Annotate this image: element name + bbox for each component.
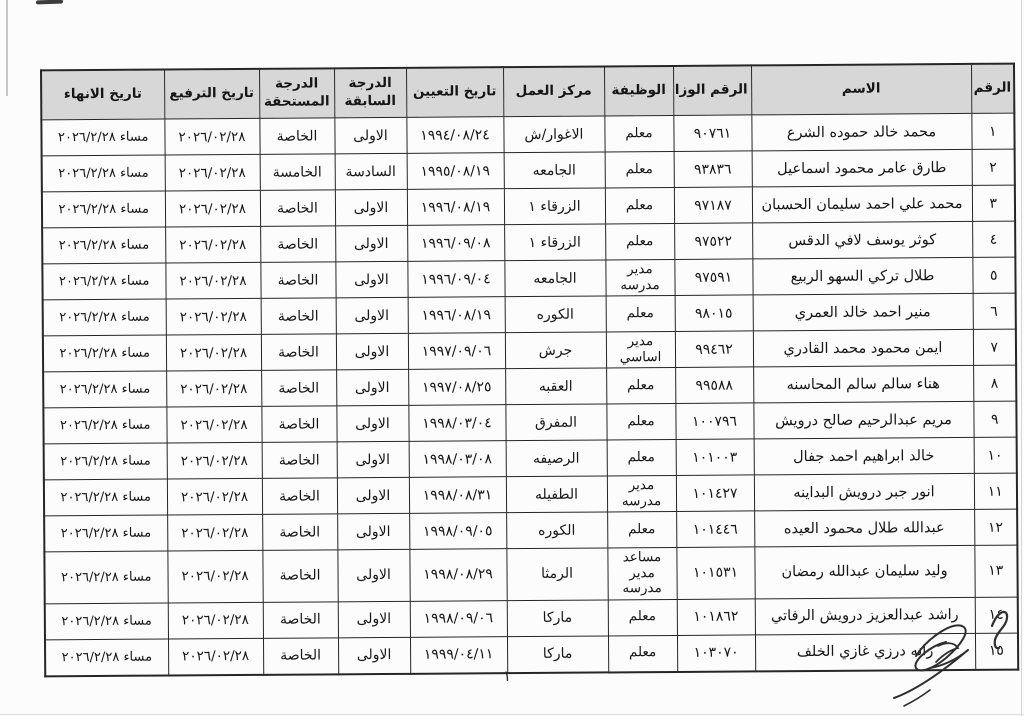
cell-end-date: مساء ٢٠٢٦/٢/٢٨ (43, 371, 166, 408)
col-header-previous-grade: الدرجة السابقة (334, 68, 406, 118)
cell-ministry-number: ٩٧٥٢٢ (674, 223, 752, 260)
cell-row-number: ١٠ (974, 437, 1017, 473)
cell-ministry-number: ١٠٠٧٩٦ (675, 403, 753, 440)
cell-promotion-date: ٢٠٢٦/٠٢/٢٨ (165, 262, 260, 299)
cell-name: مريم عبدالرحيم صالح درويش (753, 401, 973, 439)
col-header-entitled-grade: الدرجة المستحقة (259, 68, 334, 118)
cell-job: مدير مدرسه (605, 259, 674, 296)
cell-promotion-date: ٢٠٢٦/٠٢/٢٨ (167, 478, 262, 515)
cell-entitled-grade: الخاصة (259, 118, 334, 155)
cell-row-number: ١٣ (974, 545, 1017, 597)
cell-entitled-grade: الخاصة (261, 298, 336, 335)
cell-previous-grade: الاولى (338, 601, 410, 638)
cell-ministry-number: ٩٠٧٦١ (673, 115, 751, 152)
cell-row-number: ٧ (973, 329, 1016, 365)
cell-row-number: ٩ (973, 401, 1016, 437)
cell-entitled-grade: الخاصة (260, 262, 335, 299)
cell-end-date: مساء ٢٠٢٦/٢/٢٨ (42, 227, 165, 264)
cell-previous-grade: الاولى (338, 637, 410, 674)
cell-appointment-date: ١٩٩٨/٠٩/٠٥ (409, 513, 506, 550)
cell-ministry-number: ١٠١٤٤٦ (676, 511, 754, 548)
cell-appointment-date: ١٩٩٦/٠٨/١٩ (408, 297, 505, 334)
cell-previous-grade: الاولى (334, 117, 406, 154)
cell-name: عبدالله طلال محمود العيده (754, 509, 974, 547)
cell-previous-grade: الاولى (337, 441, 409, 478)
cell-entitled-grade: الخاصة (260, 226, 335, 263)
cell-appointment-date: ١٩٩٨/٠٨/٣١ (409, 477, 506, 514)
cell-end-date: مساء ٢٠٢٦/٢/٢٨ (42, 155, 165, 192)
cell-previous-grade: الاولى (336, 405, 408, 442)
cell-end-date: مساء ٢٠٢٦/٢/٢٨ (44, 479, 167, 516)
col-header-work-center: مركز العمل (503, 66, 604, 116)
table-header-row: الرقم الاسم الرقم الوزاري الوظيفة مركز ا… (41, 64, 1014, 120)
cell-entitled-grade: الخاصة (262, 442, 337, 479)
cell-promotion-date: ٢٠٢٦/٠٢/٢٨ (165, 226, 260, 263)
cell-entitled-grade: الخاصة (262, 514, 337, 551)
cell-work-center: الزرقاء ١ (504, 188, 605, 225)
cell-entitled-grade: الخاصة (261, 334, 336, 371)
cell-job: معلم (604, 115, 673, 151)
cell-promotion-date: ٢٠٢٦/٠٢/٢٨ (166, 298, 261, 335)
cell-appointment-date: ١٩٩٦/٠٩/٠٤ (407, 261, 504, 298)
cell-end-date: مساء ٢٠٢٦/٢/٢٨ (41, 119, 164, 156)
cell-job: معلم (606, 368, 675, 404)
cell-ministry-number: ٩٩٥٨٨ (675, 367, 753, 404)
cell-ministry-number: ١٠١٤٢٧ (676, 475, 754, 512)
cell-entitled-grade: الخاصة (262, 550, 337, 602)
cell-end-date: مساء ٢٠٢٦/٢/٢٨ (42, 263, 165, 300)
cell-row-number: ١ (971, 113, 1014, 149)
cell-appointment-date: ١٩٩٦/٠٩/٠٨ (407, 225, 504, 262)
cell-end-date: مساء ٢٠٢٦/٢/٢٨ (44, 551, 167, 603)
cell-job: مدير اساسي (606, 332, 675, 369)
cell-work-center: الرمثا (506, 548, 607, 600)
cell-entitled-grade: الخاصة (263, 601, 338, 638)
cell-previous-grade: الاولى (335, 225, 407, 262)
handwritten-signature (880, 594, 1020, 712)
cell-promotion-date: ٢٠٢٦/٠٢/٢٨ (166, 334, 261, 371)
cell-name: ايمن محمود محمد القادري (753, 329, 973, 367)
col-header-job: الوظيفة (604, 66, 673, 116)
cell-promotion-date: ٢٠٢٦/٠٢/٢٨ (167, 442, 262, 479)
cell-entitled-grade: الخاصة (263, 637, 338, 674)
cell-promotion-date: ٢٠٢٦/٠٢/٢٨ (165, 154, 260, 191)
cell-job: مساعد مدير مدرسه (607, 548, 676, 600)
col-header-ministry-number: الرقم الوزاري (673, 65, 751, 115)
cell-row-number: ١١ (974, 473, 1017, 509)
cell-end-date: مساء ٢٠٢٦/٢/٢٨ (43, 335, 166, 372)
cell-job: معلم (608, 635, 677, 672)
cell-work-center: ماركا (507, 636, 608, 673)
col-header-promotion-date: تاريخ الترفيع (164, 69, 259, 119)
cell-ministry-number: ١٠١٨٦٢ (677, 599, 755, 636)
cell-work-center: الرصيفه (506, 440, 607, 477)
cell-job: معلم (607, 512, 676, 548)
cell-job: معلم (607, 440, 676, 476)
cell-name: محمد خالد حموده الشرع (751, 113, 971, 151)
page-number: ١ (503, 667, 511, 685)
cell-appointment-date: ١٩٩٤/٠٨/٢٤ (406, 117, 503, 154)
table-head: الرقم الاسم الرقم الوزاري الوظيفة مركز ا… (41, 64, 1014, 120)
cell-work-center: الاغوار/ش (503, 116, 604, 153)
cell-name: وليد سليمان عبدالله رمضان (754, 545, 974, 598)
cell-row-number: ١٢ (974, 509, 1017, 545)
cell-end-date: مساء ٢٠٢٦/٢/٢٨ (43, 407, 166, 444)
cell-row-number: ٥ (972, 257, 1015, 293)
cell-work-center: الجامعه (504, 152, 605, 189)
cell-appointment-date: ١٩٩٨/٠٩/٠٦ (410, 600, 507, 637)
cell-promotion-date: ٢٠٢٦/٠٢/٢٨ (166, 406, 261, 443)
cell-previous-grade: الاولى (337, 477, 409, 514)
promotion-table: الرقم الاسم الرقم الوزاري الوظيفة مركز ا… (40, 63, 1019, 677)
cell-previous-grade: الاولى (336, 333, 408, 370)
table-row: ١٥ زانه درزي غازي الخلف ١٠٣٠٧٠ معلم مارك… (45, 633, 1018, 676)
cell-work-center: ماركا (507, 600, 608, 637)
cell-previous-grade: الاولى (337, 549, 409, 601)
cell-ministry-number: ١٠٣٠٧٠ (677, 635, 755, 672)
cell-job: مدير مدرسه (607, 476, 676, 513)
cell-work-center: الكوره (505, 296, 606, 333)
cell-end-date: مساء ٢٠٢٦/٢/٢٨ (45, 639, 168, 676)
cell-name: طارق عامر محمود اسماعيل (752, 149, 972, 187)
cell-appointment-date: ١٩٩٥/٠٨/١٩ (407, 153, 504, 190)
cell-row-number: ٤ (972, 221, 1015, 257)
cell-promotion-date: ٢٠٢٦/٠٢/٢٨ (167, 514, 262, 551)
cell-previous-grade: الاولى (336, 297, 408, 334)
cell-ministry-number: ٩٩٤٦٢ (675, 331, 753, 368)
cell-name: منير احمد خالد العمري (753, 293, 973, 331)
cell-previous-grade: الاولى (336, 369, 408, 406)
cell-promotion-date: ٢٠٢٦/٠٢/٢٨ (167, 550, 262, 602)
cell-row-number: ٣ (972, 185, 1015, 221)
scanned-page: الرقم الاسم الرقم الوزاري الوظيفة مركز ا… (0, 0, 1024, 716)
cell-name: محمد علي احمد سليمان الحسبان (752, 185, 972, 223)
cell-row-number: ٨ (973, 365, 1016, 401)
cell-end-date: مساء ٢٠٢٦/٢/٢٨ (43, 299, 166, 336)
col-header-appointment-date: تاريخ التعيين (406, 67, 503, 117)
cell-name: كوثر يوسف لافي الدقس (752, 221, 972, 259)
cell-work-center: الطفيله (506, 476, 607, 513)
cell-work-center: المفرق (505, 404, 606, 441)
cell-job: معلم (605, 187, 674, 223)
cell-previous-grade: الاولى (337, 513, 409, 550)
cell-work-center: الزرقاء ١ (504, 224, 605, 261)
cell-previous-grade: السادسة (335, 153, 407, 190)
cell-entitled-grade: الخاصة (261, 370, 336, 407)
cell-promotion-date: ٢٠٢٦/٠٢/٢٨ (166, 370, 261, 407)
cell-ministry-number: ٩٨٠١٥ (675, 295, 753, 332)
cell-appointment-date: ١٩٩٨/٠٣/٠٤ (408, 405, 505, 442)
cell-promotion-date: ٢٠٢٦/٠٢/٢٨ (165, 190, 260, 227)
cell-name: طلال تركي السهو الربيع (752, 257, 972, 295)
cell-appointment-date: ١٩٩٩/٠٤/١١ (410, 636, 507, 673)
cell-job: معلم (606, 404, 675, 440)
cell-previous-grade: الاولى (335, 261, 407, 298)
cell-name: انور جبر درويش البداينه (754, 473, 974, 511)
cell-row-number: ٢ (972, 149, 1015, 185)
promotion-table-wrapper: الرقم الاسم الرقم الوزاري الوظيفة مركز ا… (40, 63, 1017, 677)
cell-appointment-date: ١٩٩٦/٠٨/١٩ (407, 189, 504, 226)
cell-end-date: مساء ٢٠٢٦/٢/٢٨ (44, 515, 167, 552)
table-row: ١٣ وليد سليمان عبدالله رمضان ١٠١٥٣١ مساع… (44, 545, 1017, 603)
cell-end-date: مساء ٢٠٢٦/٢/٢٨ (44, 443, 167, 480)
cell-appointment-date: ١٩٩٧/٠٩/٠٦ (408, 333, 505, 370)
cell-ministry-number: ٩٧١٨٧ (674, 187, 752, 224)
col-header-number: الرقم (971, 64, 1014, 114)
cell-work-center: العقبه (505, 368, 606, 405)
cell-job: معلم (608, 599, 677, 635)
cell-work-center: الجامعه (504, 260, 605, 297)
cell-appointment-date: ١٩٩٨/٠٨/٢٩ (409, 549, 506, 601)
scan-artifact-top-mark (36, 0, 63, 4)
table-body: ١ محمد خالد حموده الشرع ٩٠٧٦١ معلم الاغو… (41, 113, 1018, 676)
scan-artifact-bottom-edge (0, 714, 1024, 715)
cell-job: معلم (605, 223, 674, 259)
cell-job: معلم (606, 296, 675, 332)
cell-promotion-date: ٢٠٢٦/٠٢/٢٨ (164, 118, 259, 155)
scan-artifact-left-edge (6, 0, 8, 96)
cell-name: خالد ابراهيم احمد جفال (754, 437, 974, 475)
cell-promotion-date: ٢٠٢٦/٠٢/٢٨ (168, 638, 263, 675)
cell-promotion-date: ٢٠٢٦/٠٢/٢٨ (168, 602, 263, 639)
cell-entitled-grade: الخاصة (262, 478, 337, 515)
cell-previous-grade: الاولى (335, 189, 407, 226)
cell-ministry-number: ١٠١٥٣١ (676, 547, 754, 599)
cell-job: معلم (605, 151, 674, 187)
scan-artifact-right-edge (1021, 0, 1022, 716)
cell-end-date: مساء ٢٠٢٦/٢/٢٨ (42, 191, 165, 228)
cell-entitled-grade: الخاصة (261, 406, 336, 443)
cell-ministry-number: ٩٣٨٣٦ (674, 151, 752, 188)
cell-ministry-number: ٩٧٥٩١ (674, 259, 752, 296)
cell-end-date: مساء ٢٠٢٦/٢/٢٨ (45, 603, 168, 640)
cell-entitled-grade: الخاصة (260, 190, 335, 227)
cell-appointment-date: ١٩٩٧/٠٨/٢٥ (408, 369, 505, 406)
cell-entitled-grade: الخامسة (260, 154, 335, 191)
col-header-name: الاسم (751, 64, 971, 115)
cell-row-number: ٦ (973, 293, 1016, 329)
cell-work-center: الكوره (506, 512, 607, 549)
col-header-end-date: تاريخ الانهاء (41, 70, 164, 120)
cell-appointment-date: ١٩٩٨/٠٣/٠٨ (409, 441, 506, 478)
cell-work-center: جرش (505, 332, 606, 369)
cell-name: هناء سالم سالم المحاسنه (753, 365, 973, 403)
cell-ministry-number: ١٠١٠٠٣ (676, 439, 754, 476)
